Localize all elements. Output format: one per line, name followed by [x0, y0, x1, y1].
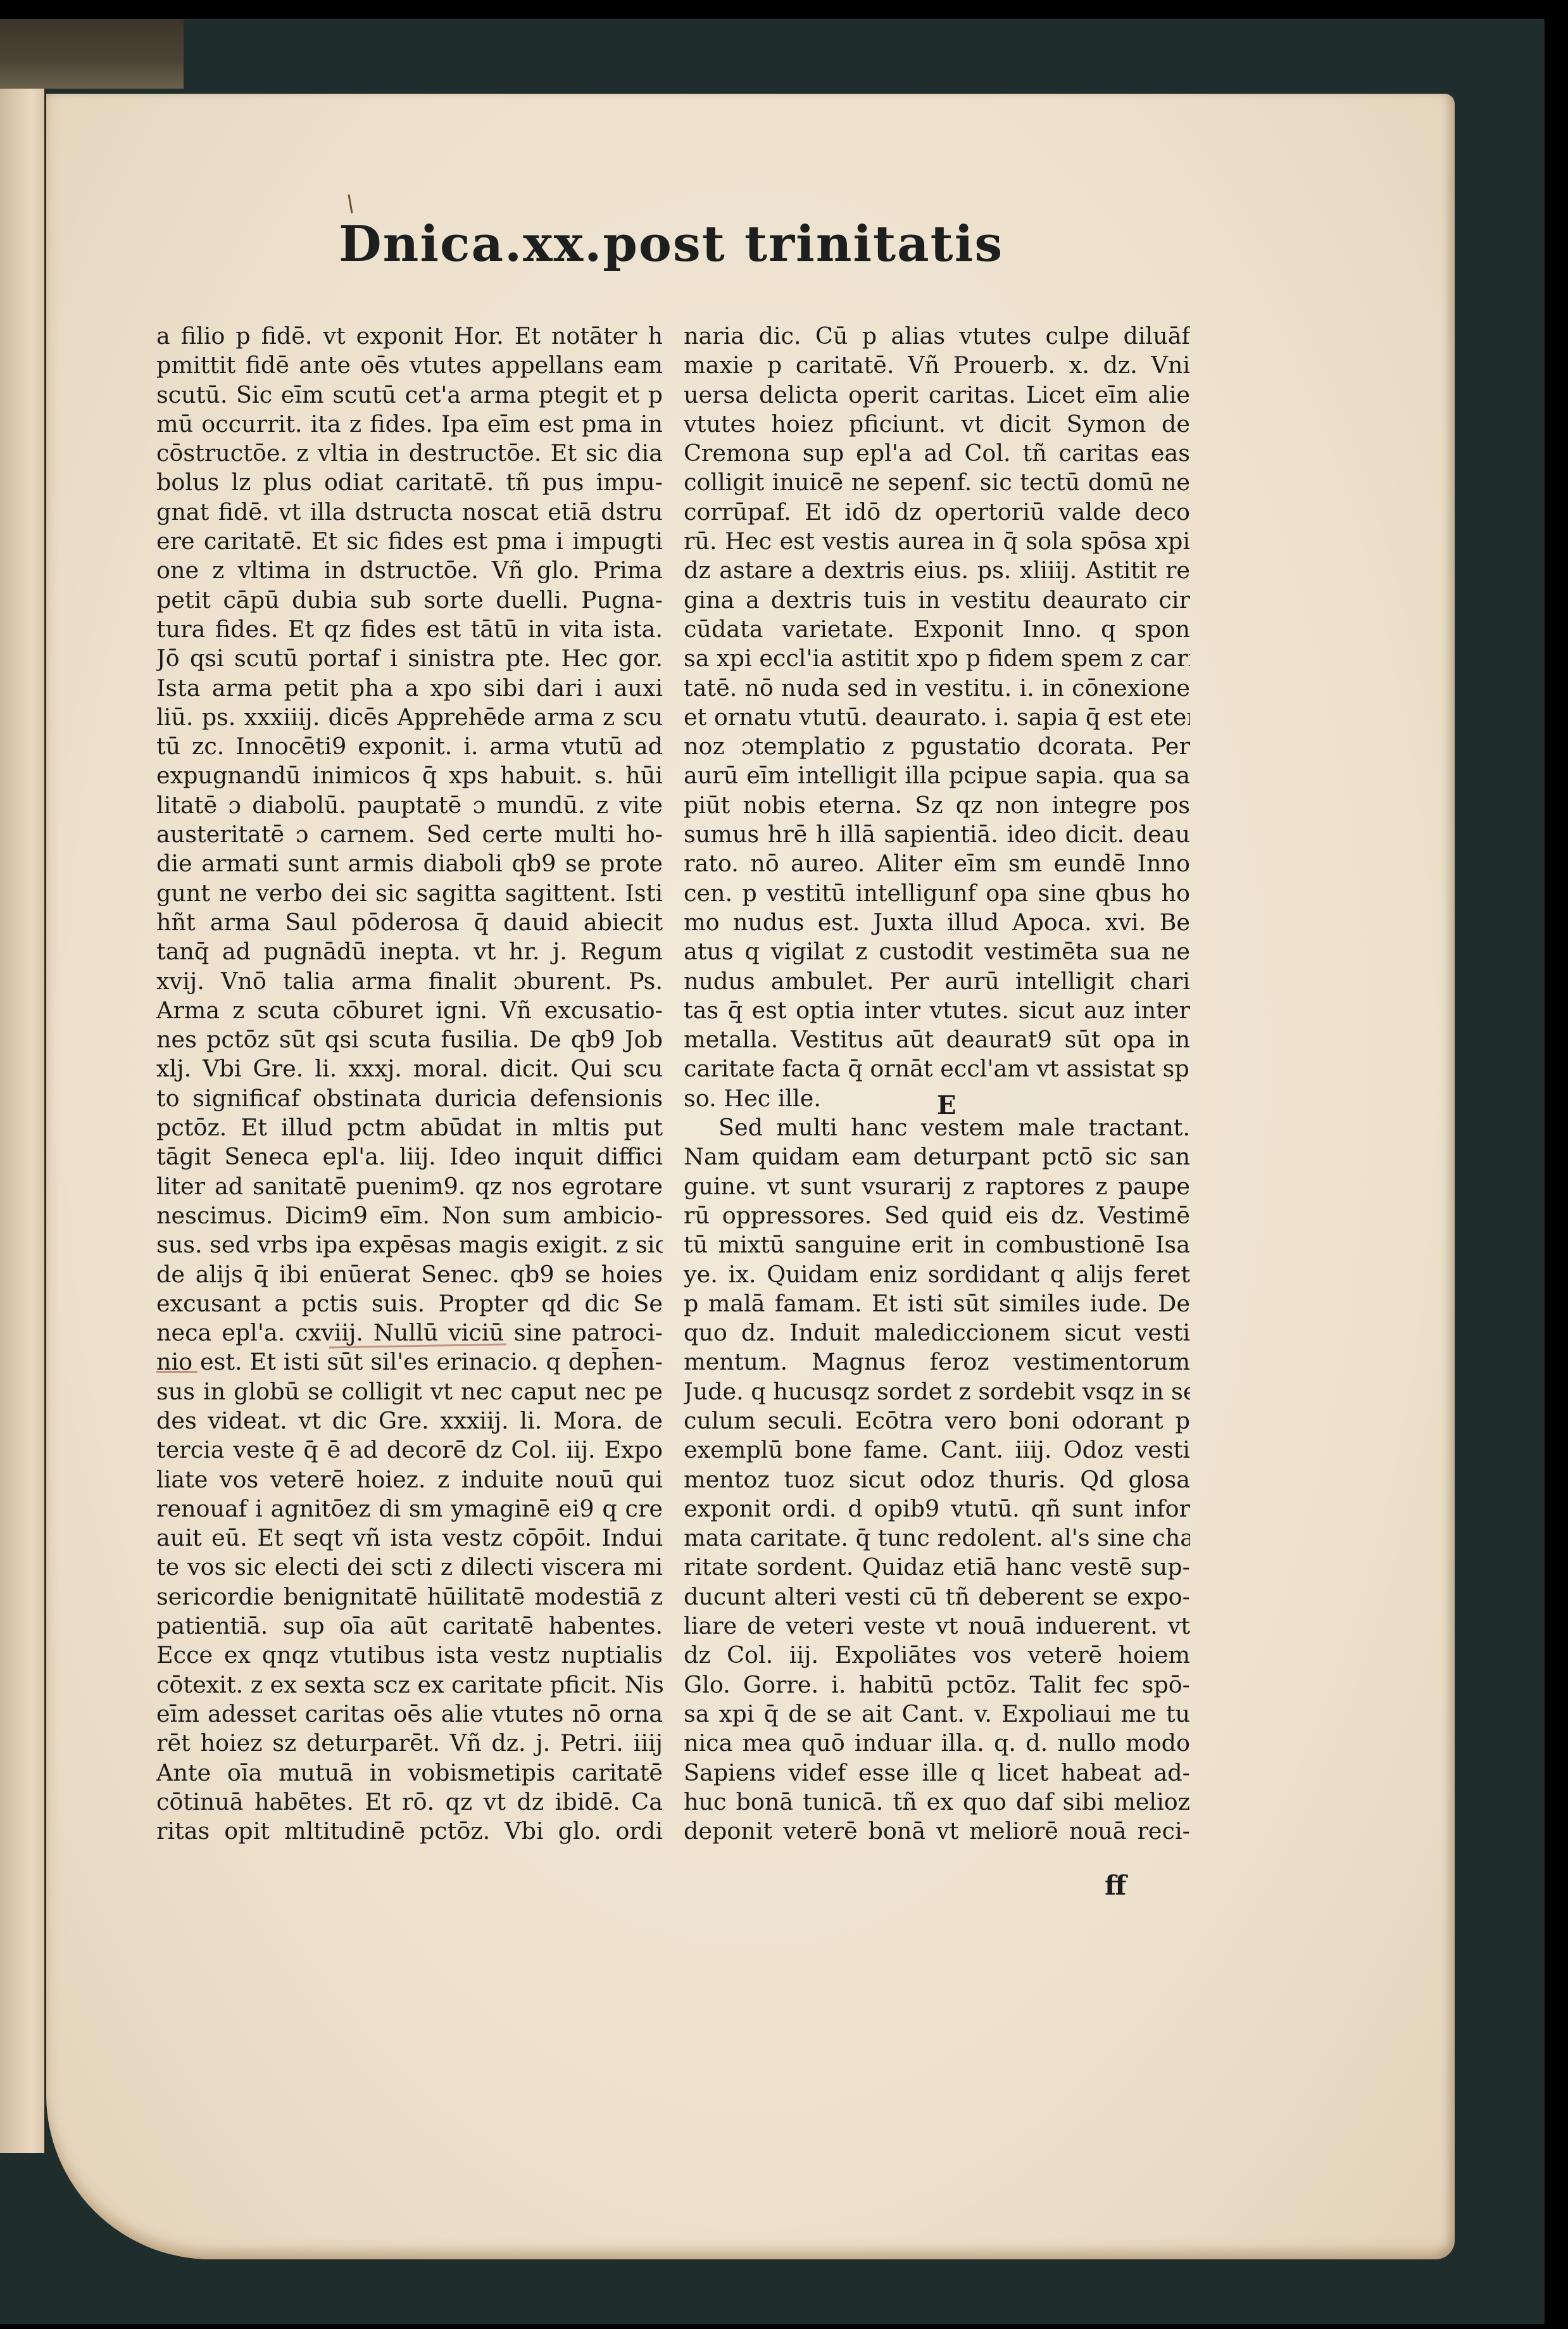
text-line: litatē ɔ diabolū. pauptatē ɔ mundū. z vi…	[156, 791, 663, 820]
text-line: Glo. Gorre. i. habitū pctōz. Talit fec s…	[684, 1670, 1190, 1700]
text-line: quo dz. Induit malediccionem sicut vesti	[684, 1318, 1190, 1348]
text-line: tū zc. Innocēti9 exponit. i. arma vtutū …	[156, 732, 663, 761]
text-line: rato. nō aureo. Aliter eīm sm eundē Inno	[684, 849, 1190, 878]
text-line: mentoz tuoz sicut odoz thuris. Qd glosa	[684, 1465, 1190, 1494]
text-line: ducunt alteri vesti cū tñ deberent se ex…	[684, 1582, 1190, 1612]
text-line: mata caritate. q̄ tunc redolent. al's si…	[684, 1524, 1190, 1553]
text-line: mū occurrit. ita z fides. Ipa eīm est pm…	[156, 410, 663, 439]
text-line: bolus lz plus odiat caritatē. tñ pus imp…	[156, 468, 663, 497]
left-text-column: a filio p fidē. vt exponit Hor. Et notāt…	[156, 322, 663, 1846]
signature-mark: E	[937, 1090, 956, 1120]
text-line: Arma z scuta cōburet igni. Vñ excusatio-	[156, 996, 663, 1025]
text-line: deponit veterē bonā vt meliorē nouā reci…	[684, 1817, 1190, 1846]
text-line: pmittit fidē ante oēs vtutes appellans e…	[156, 351, 663, 380]
text-line: auit eū. Et seqt vñ ista vestz cōpōit. I…	[156, 1524, 663, 1553]
text-line: Jude. q hucusqz sordet z sordebit vsqz i…	[684, 1377, 1190, 1406]
text-line: guine. vt sunt vsurarij z raptores z pau…	[684, 1172, 1190, 1201]
catchword-foliation: ff	[1105, 1870, 1126, 1901]
text-line: culum seculi. Ecōtra vero boni odorant p	[684, 1406, 1190, 1436]
text-line: te vos sic electi dei scti z dilecti vis…	[156, 1553, 663, 1582]
text-line: tas q̄ est optia inter vtutes. sicut auz…	[684, 996, 1190, 1025]
text-line: exemplū bone fame. Cant. iiij. Odoz vest…	[684, 1436, 1190, 1465]
text-line: patientiā. sup oīa aūt caritatē habentes…	[156, 1612, 663, 1641]
text-line: sumus hrē h illā sapientiā. ideo dicit. …	[684, 820, 1190, 849]
text-line: sericordie benignitatē hūilitatē modesti…	[156, 1582, 663, 1612]
text-line: cūdata varietate. Exponit Inno. q spon	[684, 615, 1190, 644]
text-line: mo nudus est. Juxta illud Apoca. xvi. Be	[684, 908, 1190, 937]
text-line: Cremona sup epl'a ad Col. tñ caritas eas	[684, 439, 1190, 468]
text-line: uersa delicta operit caritas. Licet eīm …	[684, 381, 1190, 410]
text-line: aurū eīm intelligit illa pcipue sapia. q…	[684, 761, 1190, 790]
text-line: tanq̄ ad pugnādū inepta. vt hr. j. Regum	[156, 937, 663, 966]
text-line: petit cāpū dubia sub sorte duelli. Pugna…	[156, 586, 663, 615]
text-line: sa xpi eccl'ia astitit xpo p fidem spem …	[684, 644, 1190, 673]
text-line: Ecce ex qnqz vtutibus ista vestz nuptial…	[156, 1641, 663, 1670]
text-line: Nam quidam eam deturpant pctō sic san	[684, 1142, 1190, 1171]
text-line: gina a dextris tuis in vestitu deaurato …	[684, 586, 1190, 615]
text-line: tatē. nō nuda sed in vestitu. i. in cōne…	[684, 674, 1190, 703]
text-line: one z vltima in dstructōe. Vñ glo. Prima	[156, 556, 663, 585]
text-line: tura fides. Et qz fides est tātū in vita…	[156, 615, 663, 644]
text-line: tāgit Seneca epl'a. liij. Ideo inquit di…	[156, 1142, 663, 1171]
text-line: rū. Hec est vestis aurea in q̄ sola spōs…	[684, 527, 1190, 556]
text-line: liū. ps. xxxiiij. dicēs Apprehēde arma z…	[156, 703, 663, 732]
text-line: vtutes hoiez pficiunt. vt dicit Symon de	[684, 410, 1190, 439]
text-line: sus in globū se colligit vt nec caput ne…	[156, 1377, 663, 1406]
text-line: ye. ix. Quidam eniz sordidant q alijs fe…	[684, 1260, 1190, 1289]
text-line: rū oppressores. Sed quid eis dz. Vestimē	[684, 1201, 1190, 1230]
text-line: neca epl'a. cxviij. Nullū viciū sine pat…	[156, 1318, 663, 1348]
text-line: dz Col. iij. Expoliātes vos veterē hoiem	[684, 1641, 1190, 1670]
text-line: liare de veteri veste vt nouā induerent.…	[684, 1612, 1190, 1641]
text-line: huc bonā tunicā. tñ ex quo daf sibi meli…	[684, 1788, 1190, 1817]
text-line: excusant a pctis suis. Propter qd dic Se	[156, 1289, 663, 1318]
text-line: expugnandū inimicos q̄ xps habuit. s. hū…	[156, 761, 663, 790]
text-line: rēt hoiez sz deturparēt. Vñ dz. j. Petri…	[156, 1729, 663, 1758]
text-line: et ornatu vtutū. deaurato. i. sapia q̄ e…	[684, 703, 1190, 732]
text-line: tū mixtū sanguine erit in combustionē Is…	[684, 1230, 1190, 1259]
text-line: gunt ne verbo dei sic sagitta sagittent.…	[156, 879, 663, 908]
binding-shadow	[0, 19, 184, 89]
text-line: austeritatē ɔ carnem. Sed certe multi ho…	[156, 820, 663, 849]
text-line: metalla. Vestitus aūt deaurat9 sūt opa i…	[684, 1025, 1190, 1054]
text-line: die armati sunt armis diaboli qb9 se pro…	[156, 849, 663, 878]
text-line: gnat fidē. vt illa dstructa noscat etiā …	[156, 498, 663, 527]
text-line: Sapiens videf esse ille q licet habeat a…	[684, 1758, 1190, 1788]
text-line: pctōz. Et illud pctm abūdat in mltis put	[156, 1113, 663, 1142]
text-line: Ante oīa mutuā in vobismetipis caritatē	[156, 1758, 663, 1788]
text-line: renouaf i agnitōez di sm ymaginē ei9 q c…	[156, 1494, 663, 1524]
text-line: Ista arma petit pha a xpo sibi dari i au…	[156, 674, 663, 703]
text-line: caritate facta q̄ ornāt eccl'am vt assis…	[684, 1054, 1190, 1083]
text-line: cen. p vestitū intelligunf opa sine qbus…	[684, 879, 1190, 908]
text-line: corrūpaf. Et idō dz opertoriū valde deco	[684, 498, 1190, 527]
text-line: cōstructōe. z vltia in destructōe. Et si…	[156, 439, 663, 468]
text-line: xvij. Vnō talia arma finalit ɔburent. Ps…	[156, 967, 663, 996]
text-line: a filio p fidē. vt exponit Hor. Et notāt…	[156, 322, 663, 351]
text-line: mentum. Magnus feroz vestimentorum	[684, 1348, 1190, 1377]
text-line: Jō qsi scutū portaf i sinistra pte. Hec …	[156, 644, 663, 673]
text-line: maxie p caritatē. Vñ Prouerb. x. dz. Vni	[684, 351, 1190, 380]
text-line: to significaf obstinata duricia defensio…	[156, 1084, 663, 1113]
text-line: sa xpi q̄ de se ait Cant. v. Expoliaui m…	[684, 1700, 1190, 1729]
rubric-underline	[156, 1371, 198, 1373]
text-line: ere caritatē. Et sic fides est pma i imp…	[156, 527, 663, 556]
text-line: cōtexit. z ex sexta scz ex caritate pfic…	[156, 1670, 663, 1700]
text-line: ritas opit mltitudinē pctōz. Vbi glo. or…	[156, 1817, 663, 1846]
text-line: piūt nobis eterna. Sz qz non integre pos	[684, 791, 1190, 820]
text-line: ritate sordent. Quidaz etiā hanc vestē s…	[684, 1553, 1190, 1582]
text-line: sus. sed vrbs ipa expēsas magis exigit. …	[156, 1230, 663, 1259]
text-line: scutū. Sic eīm scutū cet'a arma ptegit e…	[156, 381, 663, 410]
text-line: nescimus. Dicim9 eīm. Non sum ambicio-	[156, 1201, 663, 1230]
text-line: liate vos veterē hoiez. z induite nouū q…	[156, 1465, 663, 1494]
text-line: atus q vigilat z custodit vestimēta sua …	[684, 937, 1190, 966]
text-line: de alijs q̄ ibi enūerat Senec. qb9 se ho…	[156, 1260, 663, 1289]
text-line: p malā famam. Et isti sūt similes iude. …	[684, 1289, 1190, 1318]
text-line: eīm adesset caritas oēs alie vtutes nō o…	[156, 1700, 663, 1729]
text-line: cōtinuā habētes. Et rō. qz vt dz ibidē. …	[156, 1788, 663, 1817]
text-line: nica mea quō induar illa. q. d. nullo mo…	[684, 1729, 1190, 1758]
text-line: xlj. Vbi Gre. li. xxxj. moral. dicit. Qu…	[156, 1054, 663, 1083]
text-line: nes pctōz sūt qsi scuta fusilia. De qb9 …	[156, 1025, 663, 1054]
page-title: Dnica.xx.post trinitatis	[339, 215, 984, 273]
text-line: naria dic. Cū p alias vtutes culpe diluā…	[684, 322, 1190, 351]
text-line: exponit ordi. d opib9 vtutū. qñ sunt inf…	[684, 1494, 1190, 1524]
text-line: dz astare a dextris eius. ps. xliiij. As…	[684, 556, 1190, 585]
text-line: liter ad sanitatē puenim9. qz nos egrota…	[156, 1172, 663, 1201]
right-text-column: naria dic. Cū p alias vtutes culpe diluā…	[684, 322, 1190, 1846]
facing-page-edge	[0, 89, 46, 2153]
text-line: nio est. Et isti sūt sil'es erinacio. q …	[156, 1348, 663, 1377]
text-line: des videat. vt dic Gre. xxxiij. li. Mora…	[156, 1406, 663, 1436]
text-line: tercia veste q̄ ē ad decorē dz Col. iij.…	[156, 1436, 663, 1465]
text-line: colligit inuicē ne sepenf. sic tectū dom…	[684, 468, 1190, 497]
text-line: nudus ambulet. Per aurū intelligit chari	[684, 967, 1190, 996]
text-line: hñt arma Saul pōderosa q̄ dauid abiecit	[156, 908, 663, 937]
text-line: noz ɔtemplatio z pgustatio dcorata. Per	[684, 732, 1190, 761]
